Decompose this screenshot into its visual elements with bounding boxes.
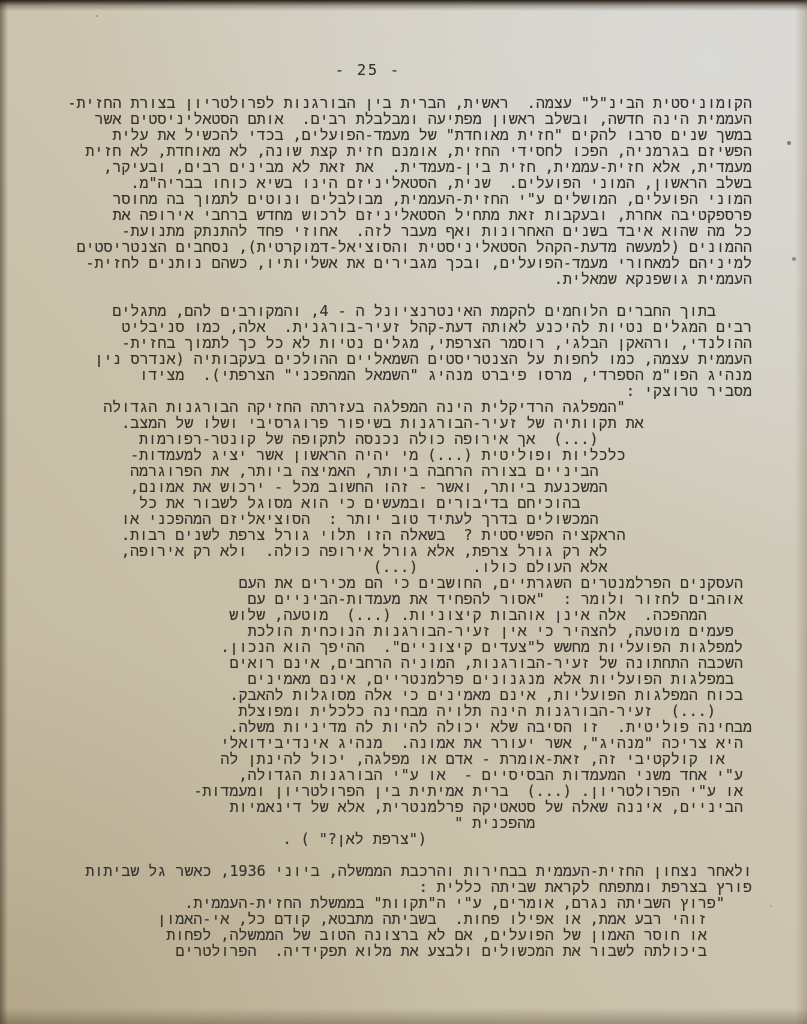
paragraph-trotsky-quote-1: "המפלגה הרדיקלית הינה המפלגה בעזרתה החזי… bbox=[40, 399, 752, 847]
paragraph-trotsky-quote-2: "פרוץ השביתה נגרם, אומרים, ע"י ה"תקוות" … bbox=[40, 895, 752, 959]
text-line: המכשולים בדרך לעתיד טוב יותר : הסוציאליז… bbox=[40, 511, 752, 527]
paragraph-body-3: ולאחר נצחון החזית-העממית בבחירות והרכבת … bbox=[40, 863, 752, 895]
text-line: ההמונים (למעשה מדעת-הקהל הסטאליניסטית וה… bbox=[40, 239, 752, 255]
text-line: רבים המגלים נטיות להיכנע לאותה דעת-קהל ז… bbox=[40, 319, 752, 335]
text-line: במפלגות הפועליות אלא מנגנונים פרלמנטריים… bbox=[40, 671, 752, 687]
text-line: העסקנים הפרלמנטרים השגרתיים, החושבים כי … bbox=[40, 575, 752, 591]
text-line: או ע"י הפרולטריון. (...) ברית אמיתית בין… bbox=[40, 783, 752, 799]
text-line: בשלב הראשון, המוני הפועלים. שנית, הסטאלי… bbox=[40, 175, 752, 191]
text-line: המהפכה. אלה אינן אוהבות קיצוניות. (...) … bbox=[40, 607, 752, 623]
text-line: או קולקטיבי זה, זאת-אומרת - אדם או מפלגה… bbox=[40, 751, 752, 767]
text-line: מבחינה פוליטית. זו הסיבה שלא יכולה להיות… bbox=[40, 719, 752, 735]
text-line: במשך שנים סרבו להקים "חזית מאוחדת" של מע… bbox=[40, 127, 752, 143]
page-number: - 25 - bbox=[12, 62, 724, 78]
text-line: למפלגות הפועליות מחשש ל"צעדים קיצוניים".… bbox=[40, 639, 752, 655]
document-page: - 25 - הקומוניסטית הבינ"ל" עצמה. ראשית, … bbox=[0, 0, 807, 1024]
text-line: "המפלגה הרדיקלית הינה המפלגה בעזרתה החזי… bbox=[40, 399, 752, 415]
text-line: היא צריכה "מנהיג", אשר יעורר את אמונה. מ… bbox=[40, 735, 752, 751]
text-line: (...) אך אירופה כולה נכנסה לתקופה של קונ… bbox=[40, 431, 752, 447]
page-content: - 25 - הקומוניסטית הבינ"ל" עצמה. ראשית, … bbox=[0, 0, 807, 959]
text-line: או חוסר האמון של הפועלים, אם לא ברצונה ה… bbox=[40, 927, 752, 943]
text-line: אלא העולם כולו. (...) bbox=[40, 559, 752, 575]
text-line: פורץ בצרפת ומתפתח לקראת שביתה כללית : bbox=[40, 879, 752, 895]
text-body: הקומוניסטית הבינ"ל" עצמה. ראשית, הברית ב… bbox=[40, 95, 752, 959]
text-line: כל מה שהוא איבד בשנים האחרונות ואף מעבר … bbox=[40, 223, 752, 239]
text-line: הקומוניסטית הבינ"ל" עצמה. ראשית, הברית ב… bbox=[40, 95, 752, 111]
text-line: השכבה התחתונה של זעיר-הבורגנות, המוניה ה… bbox=[40, 655, 752, 671]
text-line: מעמדית, אלא חזית-עממית, חזית בין-מעמדית.… bbox=[40, 159, 752, 175]
text-line: הביניים בצורה הרחבה ביותר, האמיצה ביותר,… bbox=[40, 463, 752, 479]
text-line: את תקוותיה של זעיר-הבורגנות בשיפור פרוגר… bbox=[40, 415, 752, 431]
text-line: לא רק גורל צרפת, אלא גורל אירופה כולה. ו… bbox=[40, 543, 752, 559]
text-line: "פרוץ השביתה נגרם, אומרים, ע"י ה"תקוות" … bbox=[40, 895, 752, 911]
text-line: ע"י אחד משני המעמדות הבסיסיים - או ע"י ה… bbox=[40, 767, 752, 783]
text-line: העממית עצמה, כמו לחפות על הצנטריסטים השמ… bbox=[40, 351, 752, 367]
text-line: ("צרפת לאן?" ) . bbox=[40, 831, 752, 847]
text-line: הראקציה הפשיסטית ? בשאלה הזו תלוי גורל צ… bbox=[40, 527, 752, 543]
text-line: אוהבים לחזור ולומר : "אסור להפחיד את מעמ… bbox=[40, 591, 752, 607]
text-line: פעמים מוטעה, להצהיר כי אין זעיר-הבורגנות… bbox=[40, 623, 752, 639]
text-line: מנהיג הפו"מ הספרדי, מרסו פיברט מנהיג "הש… bbox=[40, 367, 752, 383]
text-line: (...) זעיר-הבורגנות הינה תלויה מבחינה כל… bbox=[40, 703, 752, 719]
text-line: מהפכנית " bbox=[40, 815, 752, 831]
paragraph-body-2: בתוך החברים הלוחמים להקמת האינטרנציונל ה… bbox=[40, 303, 752, 399]
text-line: מסביר טרוצקי : bbox=[40, 383, 752, 399]
text-line: העממית הינה חדשה, ובשלב ראשון מפתיעה ומב… bbox=[40, 111, 752, 127]
page-bottom-shadow bbox=[0, 1008, 807, 1024]
text-line: פרספקטיבה אחרת, ובעקבות זאת מתחיל הסטאלי… bbox=[40, 207, 752, 223]
text-line: ולאחר נצחון החזית-העממית בבחירות והרכבת … bbox=[40, 863, 752, 879]
text-line: כלכליות ופוליטית (...) מי יהיה הראשון אש… bbox=[40, 447, 752, 463]
text-line: המוני הפועלים, המושלים ע"י החזית-העממית,… bbox=[40, 191, 752, 207]
paragraph-body-1: הקומוניסטית הבינ"ל" עצמה. ראשית, הברית ב… bbox=[40, 95, 752, 287]
text-line: ביכולתה לשבור את המכשולים ולבצע את מלוא … bbox=[40, 943, 752, 959]
text-line: בכוח המפלגות הפועליות, אינם מאמינים כי א… bbox=[40, 687, 752, 703]
text-line: העממית גושפנקא שמאלית. bbox=[40, 271, 752, 287]
text-line: למיניהם למאחורי מעמד-הפועלים, ובכך מגביר… bbox=[40, 255, 752, 271]
text-line: הפשיזם בגרמניה, הפכו לחסידי החזית, אומנם… bbox=[40, 143, 752, 159]
text-line: זוהי רבע אמת, או אפילו פחות. בשביתה מתבט… bbox=[40, 911, 752, 927]
text-line: ההולנדי, ורהאקן הבלגי, רוסמר הצרפתי, מגל… bbox=[40, 335, 752, 351]
text-line: הביניים, איננה שאלה של סטאטיקה פרלמנטרית… bbox=[40, 799, 752, 815]
text-line: בתוך החברים הלוחמים להקמת האינטרנציונל ה… bbox=[40, 303, 752, 319]
text-line: המשכנעת ביותר, ואשר - זהו החשוב מכל - יר… bbox=[40, 479, 752, 495]
text-line: בהוכיחם בדיבורים ובמעשים כי הוא מסוגל לש… bbox=[40, 495, 752, 511]
